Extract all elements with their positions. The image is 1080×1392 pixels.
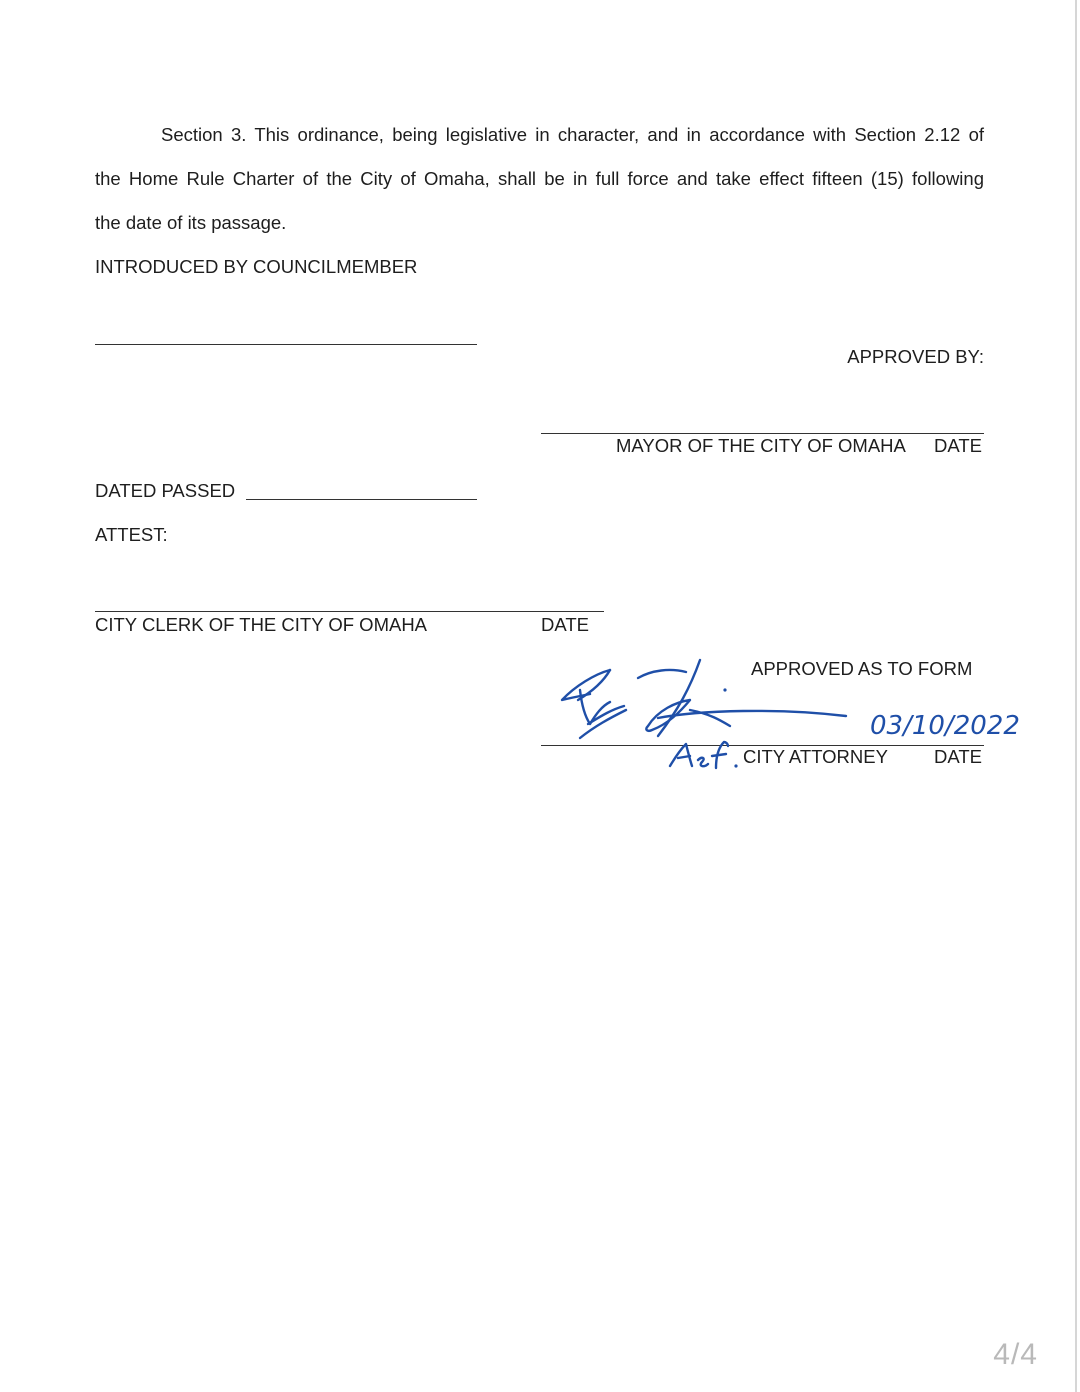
paragraph-line-3: the date of its passage.: [95, 212, 286, 234]
city-attorney-date-caption: DATE: [934, 746, 982, 768]
paragraph-line-2: the Home Rule Charter of the City of Oma…: [95, 168, 984, 190]
page-indicator: 4/4: [993, 1338, 1038, 1372]
dated-passed-line: [246, 499, 477, 500]
city-clerk-signature-line: [95, 611, 604, 612]
city-clerk-caption: CITY CLERK OF THE CITY OF OMAHA: [95, 614, 427, 636]
city-attorney-caption: CITY ATTORNEY: [743, 746, 888, 768]
attest-label: ATTEST:: [95, 524, 168, 546]
document-page: Section 3. This ordinance, being legisla…: [0, 0, 1077, 1392]
approved-as-to-form-label: APPROVED AS TO FORM: [751, 658, 972, 680]
paragraph-line-1: Section 3. This ordinance, being legisla…: [161, 124, 984, 146]
approved-by-label: APPROVED BY:: [540, 346, 984, 368]
dated-passed-label: DATED PASSED: [95, 480, 235, 502]
mayor-signature-line: [541, 433, 984, 434]
councilmember-signature-line: [95, 344, 477, 345]
mayor-date-caption: DATE: [934, 435, 982, 457]
introduced-by-label: INTRODUCED BY COUNCILMEMBER: [95, 256, 417, 278]
handwritten-date: 03/10/2022: [870, 711, 1020, 741]
mayor-caption: MAYOR OF THE CITY OF OMAHA: [616, 435, 906, 457]
city-clerk-date-caption: DATE: [541, 614, 589, 636]
